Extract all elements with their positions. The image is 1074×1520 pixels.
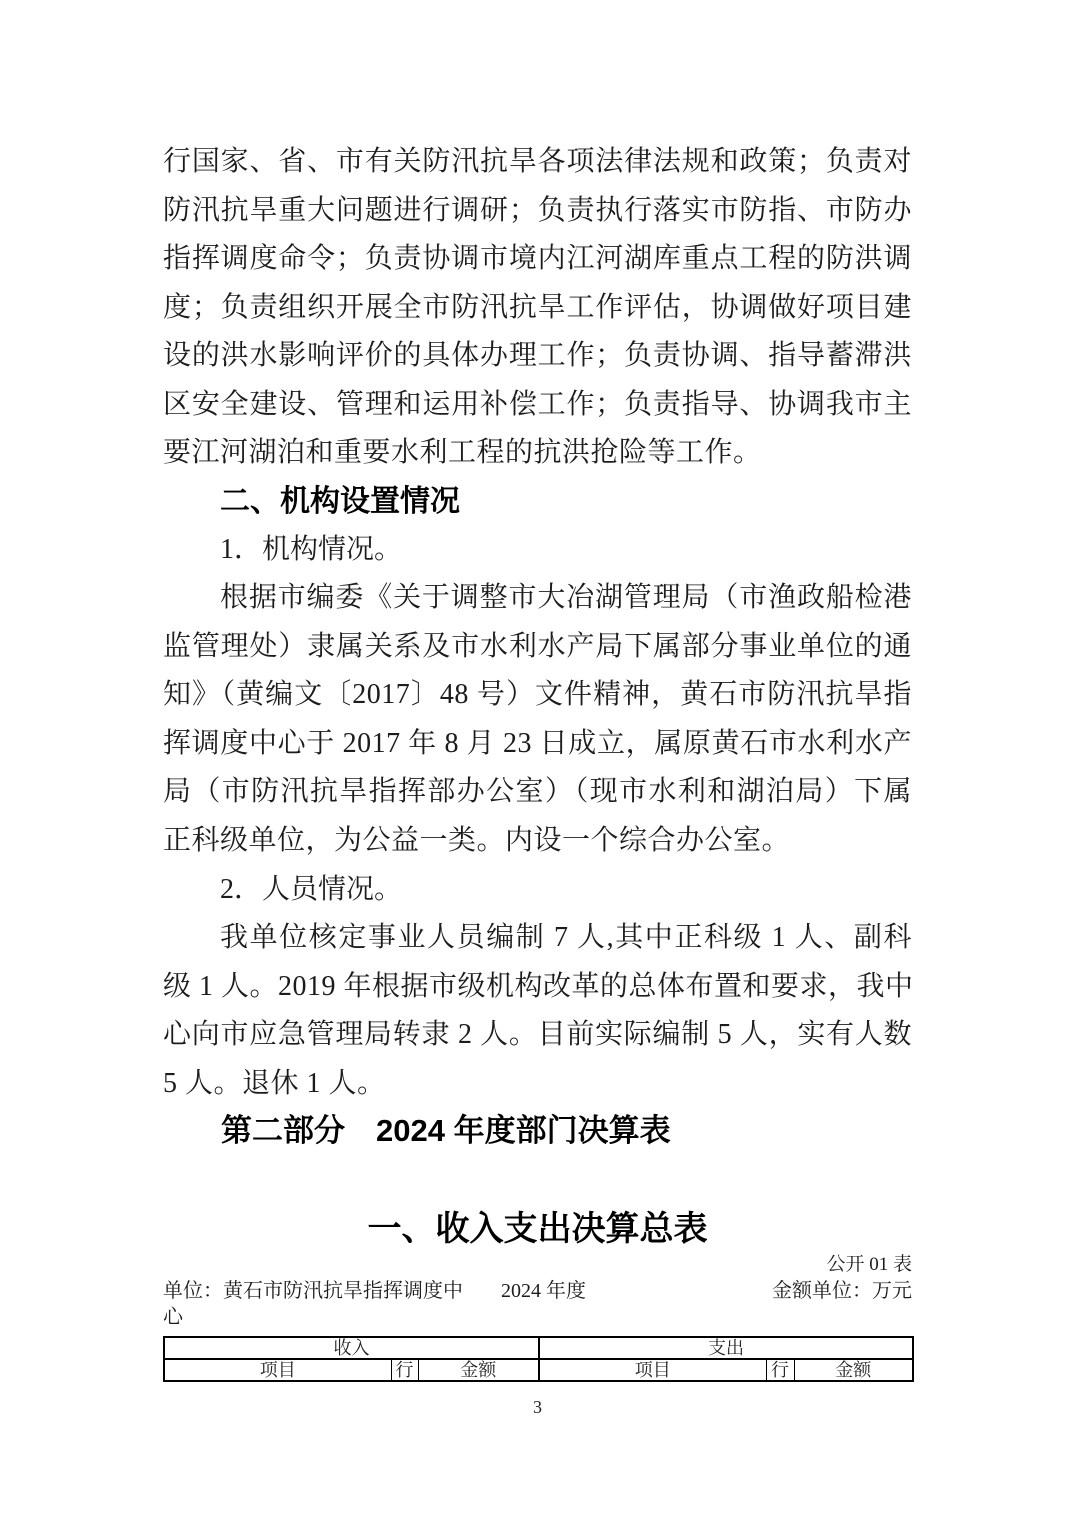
paragraph-line: 区安全建设、管理和运用补偿工作；负责指导、协调我市主 [163, 381, 912, 430]
col-header-expenditure-amount: 金额 [794, 1359, 913, 1381]
paragraph-line: 指挥调度命令；负责协调市境内江河湖库重点工程的防洪调 [163, 235, 912, 284]
paragraph-personnel: 我单位核定事业人员编制 7 人,其中正科级 1 人、副科 级 1 人。2019 … [163, 914, 912, 1108]
col-header-expenditure-row: 行 [766, 1359, 794, 1381]
part2-heading: 第二部分 2024 年度部门决算表 [163, 1106, 912, 1156]
paragraph-flood-duties: 行国家、省、市有关防汛抗旱各项法律法规和政策；负责对 防汛抗旱重大问题进行调研；… [163, 138, 912, 478]
paragraph-line: 正科级单位，为公益一类。内设一个综合办公室。 [163, 817, 912, 866]
col-header-income-item: 项目 [164, 1359, 391, 1381]
table-note: 公开 01 表 [163, 1252, 912, 1278]
paragraph-line: 5 人。退休 1 人。 [163, 1060, 912, 1109]
page-number: 3 [163, 1396, 912, 1418]
group-header-income: 收入 [164, 1337, 539, 1359]
paragraph-line: 局（市防汛抗旱指挥部办公室）（现市水利和湖泊局）下属 [163, 768, 912, 817]
paragraph-line: 行国家、省、市有关防汛抗旱各项法律法规和政策；负责对 [163, 138, 912, 187]
paragraph-line: 心向市应急管理局转隶 2 人。目前实际编制 5 人，实有人数 [163, 1011, 912, 1060]
paragraph-line: 设的洪水影响评价的具体办理工作；负责协调、指导蓄滞洪 [163, 332, 912, 381]
paragraph-line: 防汛抗旱重大问题进行调研；负责执行落实市防指、市防办 [163, 187, 912, 236]
item-personnel: 2．人员情况。 [163, 866, 912, 915]
section-heading-organization: 二、机构设置情况 [163, 478, 912, 527]
document-page: 行国家、省、市有关防汛抗旱各项法律法规和政策；负责对 防汛抗旱重大问题进行调研；… [0, 0, 1074, 1520]
paragraph-line: 度；负责组织开展全市防汛抗旱工作评估，协调做好项目建 [163, 284, 912, 333]
paragraph-line: 要江河湖泊和重要水利工程的抗洪抢险等工作。 [163, 429, 912, 478]
table-meta-row: 单位：黄石市防汛抗旱指挥调度中心 2024 年度 金额单位：万元 [163, 1278, 912, 1332]
item-organization: 1．机构情况。 [163, 526, 912, 575]
year-label: 2024 年度 [501, 1278, 586, 1304]
paragraph-line: 我单位核定事业人员编制 7 人,其中正科级 1 人、副科 [163, 914, 912, 963]
paragraph-line: 根据市编委《关于调整市大冶湖管理局（市渔政船检港 [163, 574, 912, 623]
paragraph-line: 挥调度中心于 2017 年 8 月 23 日成立，属原黄石市水利水产 [163, 720, 912, 769]
unit-label: 单位：黄石市防汛抗旱指挥调度中心 [163, 1278, 475, 1330]
paragraph-line: 级 1 人。2019 年根据市级机构改革的总体布置和要求，我中 [163, 963, 912, 1012]
col-header-expenditure-item: 项目 [539, 1359, 766, 1381]
paragraph-establishment: 根据市编委《关于调整市大冶湖管理局（市渔政船检港 监管理处）隶属关系及市水利水产… [163, 574, 912, 865]
col-header-income-amount: 金额 [418, 1359, 539, 1381]
group-header-expenditure: 支出 [539, 1337, 913, 1359]
paragraph-line: 知》（黄编文〔2017〕48 号）文件精神，黄石市防汛抗旱指 [163, 671, 912, 720]
table-title: 一、收入支出决算总表 [163, 1203, 912, 1255]
amount-unit-label: 金额单位：万元 [772, 1278, 912, 1304]
income-expenditure-table: 收入 支出 项目 行 金额 项目 行 金额 [163, 1336, 914, 1382]
paragraph-line: 监管理处）隶属关系及市水利水产局下属部分事业单位的通 [163, 623, 912, 672]
col-header-income-row: 行 [391, 1359, 418, 1381]
